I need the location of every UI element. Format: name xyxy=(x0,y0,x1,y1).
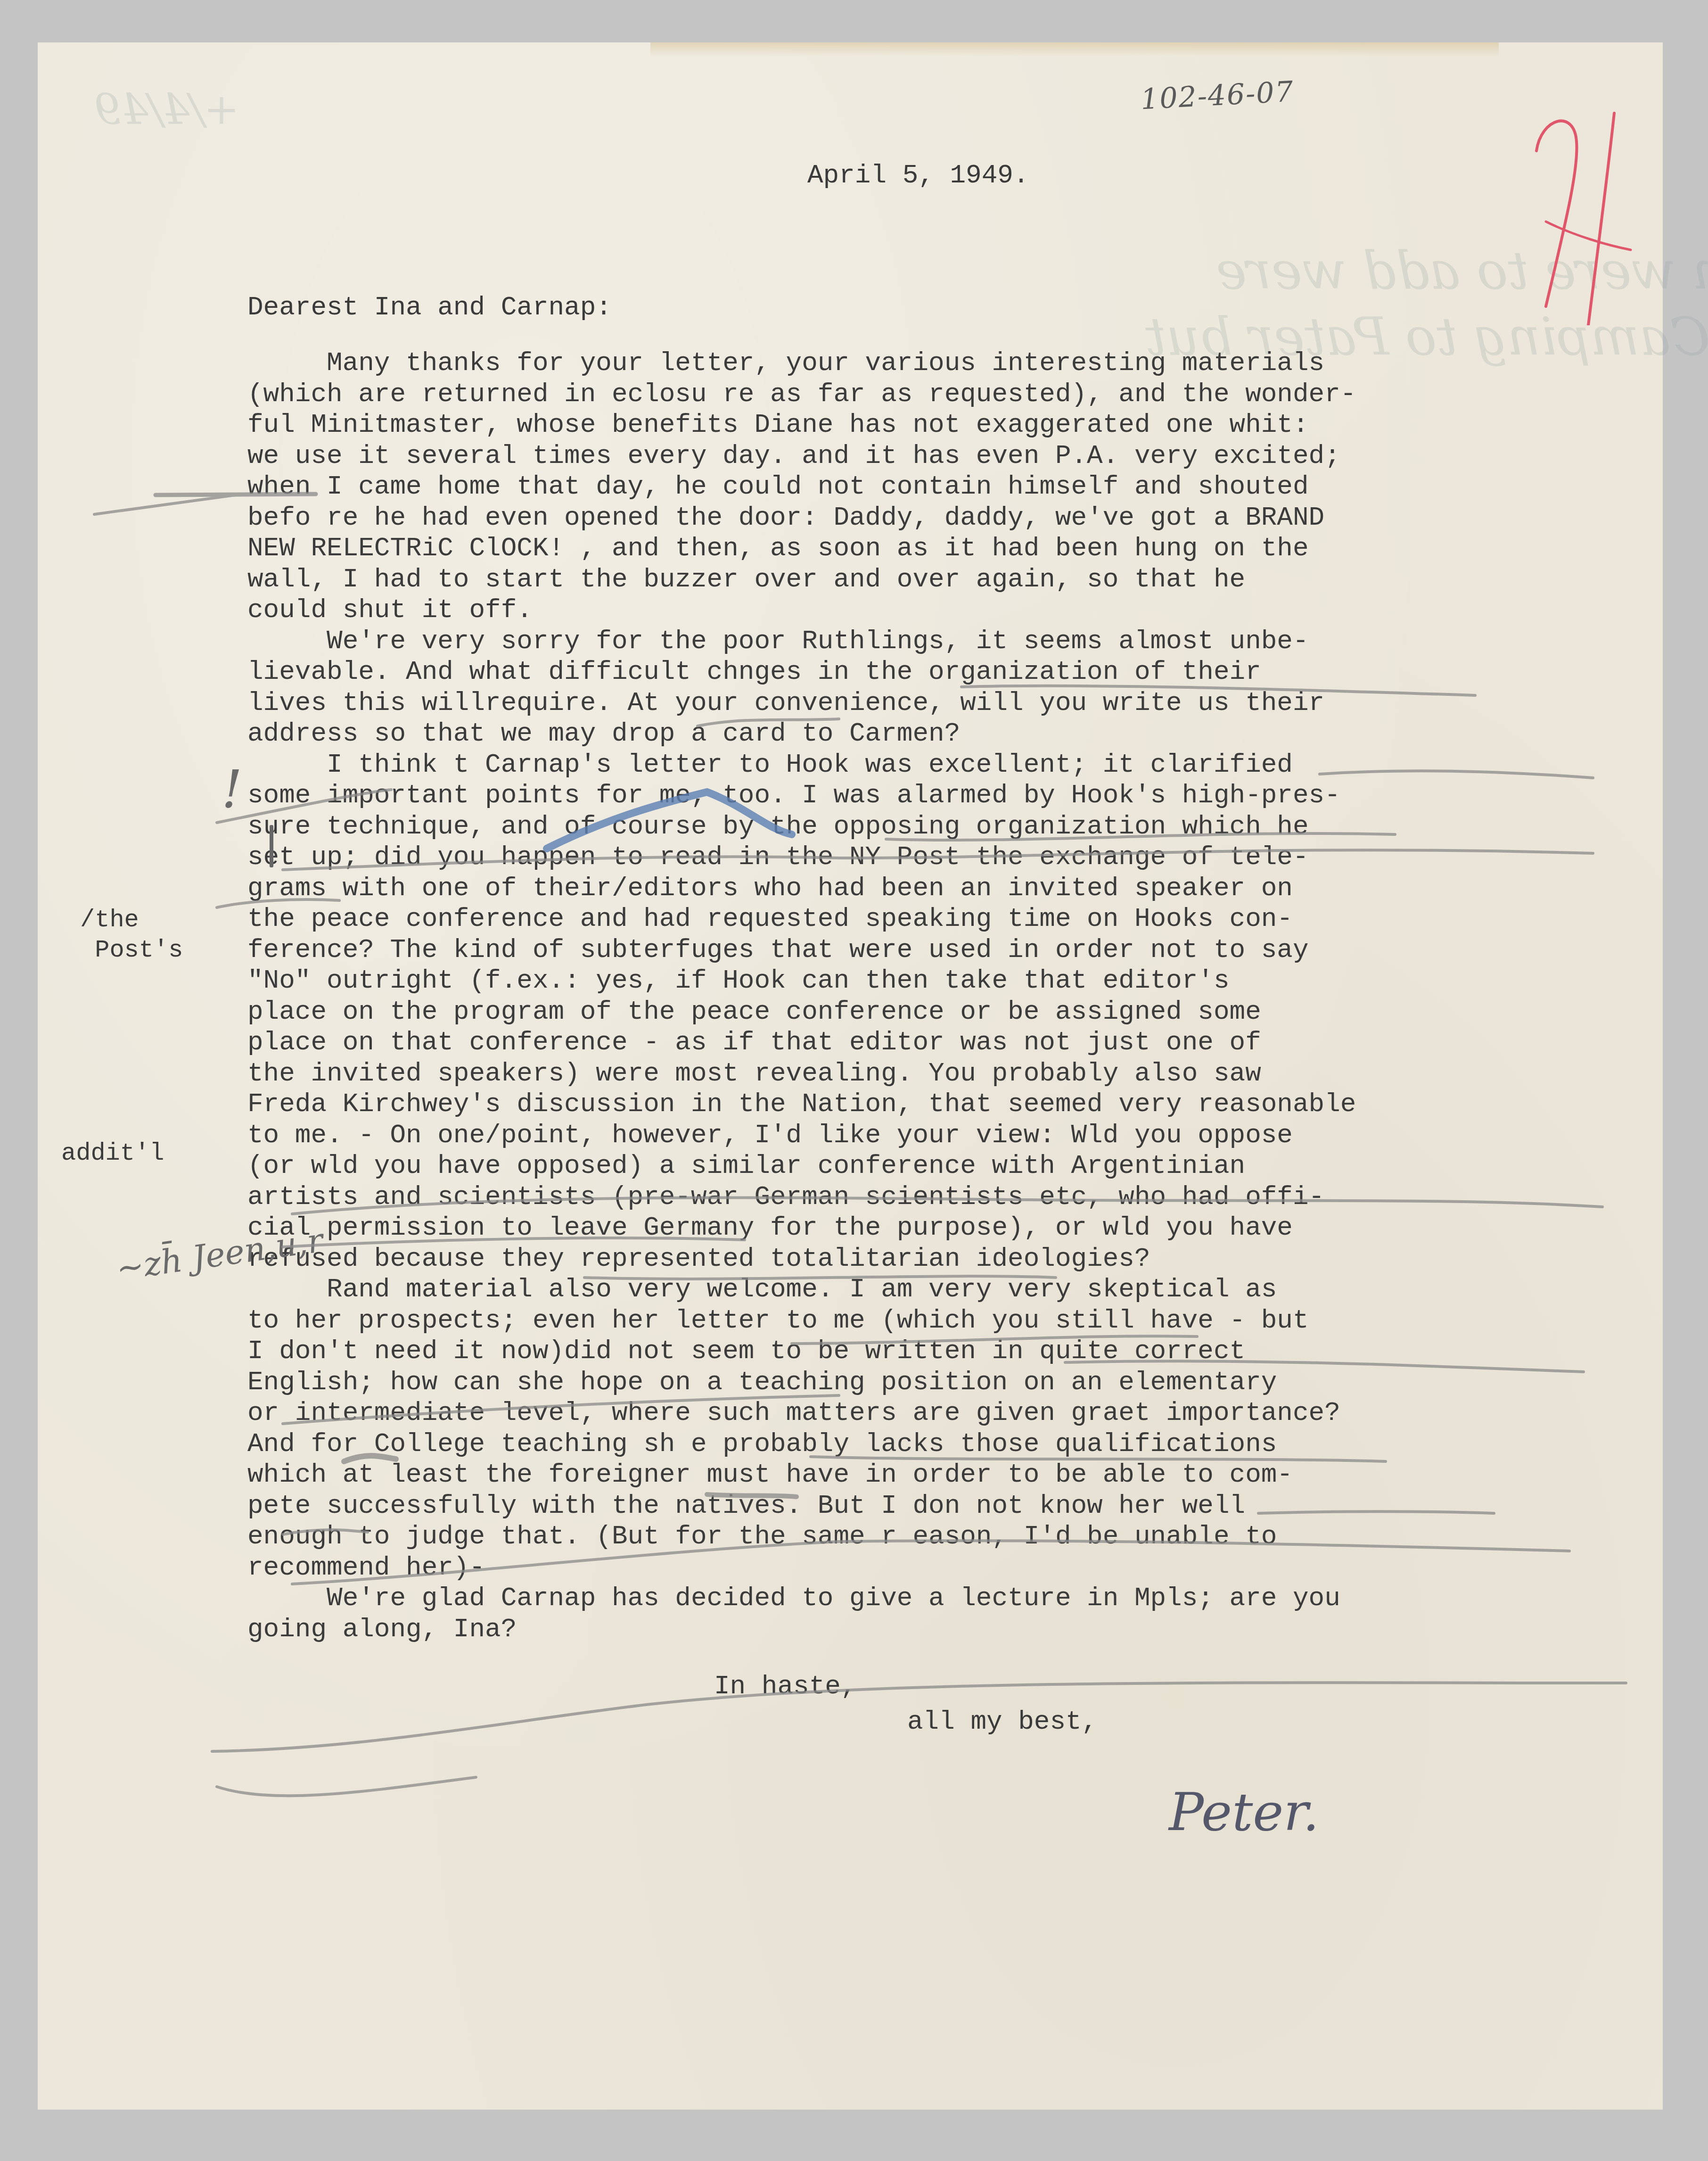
letter-date: April 5, 1949. xyxy=(807,160,1029,190)
body-line: place on the program of the peace confer… xyxy=(247,997,1652,1028)
body-line: the invited speakers) were most revealin… xyxy=(247,1058,1652,1089)
body-line: refused because they represented totalit… xyxy=(247,1244,1652,1275)
signature: Peter. xyxy=(1169,1782,1319,1842)
body-line: recommend her)- xyxy=(247,1552,1652,1584)
body-line: address so that we may drop a card to Ca… xyxy=(247,718,1652,750)
body-line: cial permission to leave Germany for the… xyxy=(247,1212,1652,1244)
body-line: We're glad Carnap has decided to give a … xyxy=(247,1583,1652,1614)
body-line: wall, I had to start the buzzer over and… xyxy=(247,564,1652,595)
body-line: Many thanks for your letter, your variou… xyxy=(247,348,1652,379)
body-line: enough to judge that. (But for the same … xyxy=(247,1521,1652,1552)
letter-page: true from were to add were Camping to Pa… xyxy=(38,42,1663,2110)
body-line: to her prospects; even her letter to me … xyxy=(247,1305,1652,1336)
margin-insertion-additl: addit'l xyxy=(61,1138,164,1169)
margin-insertion-the-posts: /the Post's xyxy=(80,905,183,965)
body-line: Freda Kirchwey's discussion in the Natio… xyxy=(247,1089,1652,1120)
body-line: which at least the foreigner must have i… xyxy=(247,1460,1652,1491)
body-line: (or wld you have opposed) a similar conf… xyxy=(247,1151,1652,1182)
body-line: befo re he had even opened the door: Dad… xyxy=(247,503,1652,534)
body-line: And for College teaching sh e probably l… xyxy=(247,1429,1652,1460)
body-line: some important points for me, too. I was… xyxy=(247,780,1652,811)
closing-line: In haste, xyxy=(714,1671,856,1701)
body-line: set up; did you happen to read in the NY… xyxy=(247,842,1652,873)
archive-number: 102-46-07 xyxy=(1140,75,1295,116)
margin-exclamation: ! xyxy=(222,759,242,819)
body-line: the peace conference and had requested s… xyxy=(247,904,1652,935)
body-line: pete successfully with the natives. But … xyxy=(247,1491,1652,1522)
body-line: when I came home that day, he could not … xyxy=(247,471,1652,503)
body-line: I think t Carnap's letter to Hook was ex… xyxy=(247,750,1652,781)
body-line: lives this willrequire. At your convenie… xyxy=(247,688,1652,719)
body-line: going along, Ina? xyxy=(247,1614,1652,1645)
red-pencil-mark xyxy=(1532,108,1635,325)
body-line: ference? The kind of subterfuges that we… xyxy=(247,935,1652,966)
body-line: English; how can she hope on a teaching … xyxy=(247,1367,1652,1398)
body-line: artists and scientists (pre-war German s… xyxy=(247,1182,1652,1213)
body-line: We're very sorry for the poor Ruthlings,… xyxy=(247,626,1652,657)
body-line: lievable. And what difficult chnges in t… xyxy=(247,657,1652,688)
body-line: place on that conference - as if that ed… xyxy=(247,1027,1652,1058)
body-line: Rand material also very welcome. I am ve… xyxy=(247,1274,1652,1305)
body-line: we use it several times every day. and i… xyxy=(247,441,1652,472)
body-line: grams with one of their/editors who had … xyxy=(247,873,1652,904)
body-line: or intermediate level, where such matter… xyxy=(247,1398,1652,1429)
salutation: Dearest Ina and Carnap: xyxy=(247,292,612,322)
body-line: ful Minitmaster, whose benefits Diane ha… xyxy=(247,410,1652,441)
body-line: sure technique, and of course by the opp… xyxy=(247,811,1652,842)
margin-bracket xyxy=(270,825,273,867)
closing-line: all my best, xyxy=(907,1707,1097,1737)
body-line: to me. - On one/point, however, I'd like… xyxy=(247,1120,1652,1151)
paper-stain xyxy=(650,42,1499,57)
body-line: (which are returned in eclosu re as far … xyxy=(247,379,1652,410)
body-line: I don't need it now)did not seem to be w… xyxy=(247,1336,1652,1367)
bleed-through-text: +/4/49 xyxy=(94,85,239,134)
body-line: "No" outright (f.ex.: yes, if Hook can t… xyxy=(247,965,1652,997)
body-line: could shut it off. xyxy=(247,595,1652,626)
body-line: NEW RELECTRiC ClOCK! , and then, as soon… xyxy=(247,533,1652,564)
letter-body: Many thanks for your letter, your variou… xyxy=(247,348,1652,1645)
